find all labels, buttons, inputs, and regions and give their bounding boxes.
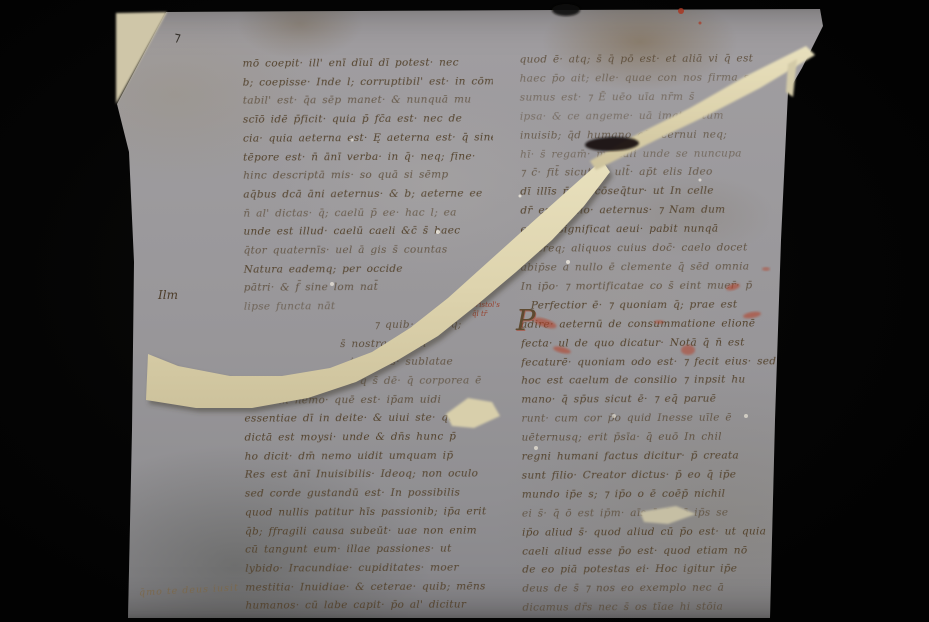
text-line: hoc est caelum de consilio ⁊ inpsit hu — [521, 371, 777, 391]
text-line: hī· s̄ regam̄· mortali unde se nuncupa — [520, 144, 776, 164]
text-line: adire· aeternū de consummatione elionē — [521, 314, 777, 334]
text-line: dr̄ esse filio· aeternus· ⁊ Nam dum — [520, 201, 776, 221]
text-line: b; coepisse· Inde l; corruptibil' est· i… — [243, 72, 493, 92]
text-line: pātri· & f̄ sine lom nat̄ — [244, 278, 494, 298]
text-line: ⁊ quib; stōri q̄; — [244, 315, 494, 335]
text-line: i bere s̄· sublatae — [244, 353, 494, 373]
text-line: sunt filio· Creator dictus· p̄ eo q̄ ip̄… — [522, 465, 778, 485]
text-line: humanos· cū labe capit· p̄o al' dicitur — [245, 596, 495, 616]
text-line: scīō idē p̄ficit· quia p̄ fc̄a est· nec … — [243, 109, 493, 129]
text-line: essentiae dī in deite· & uiui ste· que u… — [244, 409, 494, 429]
text-line: inutreq; aliquos cuius doc̄· caelo docet — [521, 238, 777, 258]
text-line: de eo piā potestas ei· Hoc igitur ip̄e — [522, 560, 778, 580]
text-line: mano· q̄ sp̄us sicut ē· ⁊ eq̄ paruē — [521, 390, 777, 410]
text-line: haec p̄o ait; elle· quae con nos firma s… — [520, 68, 776, 88]
text-line: dictā est moysi· unde & dn̄s hunc p̄ — [244, 427, 494, 447]
decorated-initial-p: P — [516, 303, 536, 337]
text-line: mestitia· Inuidiae· & ceterae· quib; mēn… — [245, 577, 495, 597]
text-line: fecta· ul de quo dicatur· Notā q̄ n̄ est — [521, 333, 777, 353]
text-line: ei s̄· q̄ ō est ip̄m· aīs ā q̄ rō ip̄s s… — [522, 503, 778, 523]
text-line: scām nemo· quē est· ip̄am uidi — [244, 390, 494, 410]
text-line: s̄ nostrae clum — [244, 334, 494, 354]
text-column-right: quod ē· atq; s̄ q̄ pō est· et aliā vi q̄… — [520, 49, 779, 618]
text-line: mundo ip̄e s; ⁊ ip̄o o ē coēp̄ nichil — [522, 484, 778, 504]
text-line: tabil' est· q̄a sēp manet· & nunquā mu — [243, 91, 493, 111]
text-line: cū tangunt eum· illae passiones· ut — [245, 540, 495, 560]
text-line: mō coepit· ill' enī dīuī dī potest· nec — [243, 53, 493, 73]
text-line: eis̄· q̄ significat aeui· pabit nunqā — [520, 219, 776, 239]
text-line: regni humani factus dicitur· p̄ creata — [522, 446, 778, 466]
text-line: sumus est· ⁊ Ē uēo uīa nr̄m s̄ — [520, 87, 776, 107]
text-line: inuisib; q̄d humano ar̄e cernui neq; — [520, 125, 776, 145]
text-line: caeli aliud esse p̄o est· quod etiam nō — [522, 541, 778, 561]
manuscript-photo: mō coepit· ill' enī dīuī dī potest· necb… — [0, 0, 929, 622]
text-line: aq̄bus dcā āni aeternus· & b; aeterne ee — [243, 184, 493, 204]
text-line: sed corde gustandū est· In possibilis — [245, 484, 495, 504]
text-line: cia· quia aeterna est· Ę aeterna est· q̄… — [243, 128, 493, 148]
text-line: q̄tor quaternīs· uel ā gis s̄ countas — [244, 240, 494, 260]
text-line: quod nullis patitur hīs passionib; ip̄a … — [245, 502, 495, 522]
text-line: ui cēsusē q̄ s̄ dē· q̄ corporea ē — [244, 371, 494, 391]
text-line: Perfectior ē· ⁊ quoniam q̄; prae est — [521, 295, 777, 315]
text-line: Res est ānī Inuisibilis· Ideoq; non ocul… — [245, 465, 495, 485]
text-line: ip̄o aliud s̄· quod aliud cū p̄o est· ut… — [522, 522, 778, 542]
text-line: q̄b; ffragili causa subeūt· uae non enim — [245, 521, 495, 541]
text-line: abip̄se a nullo ē clemente q̄ sēd omnia — [521, 257, 777, 277]
gloss-line: q̄l tr̄ — [472, 310, 500, 319]
text-line: hinc descriptā mis· so quā si sēmp — [243, 166, 493, 186]
text-line: uēternusq; erit p̄sīa· q̄ euō In chil — [521, 427, 777, 447]
text-line: ho dicit· dm̄ nemo uidit umquam ip̄ — [245, 446, 495, 466]
text-line: ipsa· & ce angeme· uā imatae tum — [520, 106, 776, 126]
text-line: deus de s̄ ⁊ nos eo exemplo nec ā — [522, 579, 778, 599]
text-line: dī illīs p̄siā· cōseq̄tur· ut In celle — [520, 182, 776, 202]
text-line: In ip̄o· ⁊ mortificatae co s̄ eint muer̄… — [521, 276, 777, 296]
text-line: tēpore est· n̄ ānī verba· in q̄· neq; fi… — [243, 147, 493, 167]
text-column-left: mō coepit· ill' enī dīuī dī potest· necb… — [243, 53, 496, 615]
text-line: quod ē· atq; s̄ q̄ pō est· et aliā vi q̄… — [520, 49, 776, 69]
text-line: lybido· Iracundiae· cupiditates· moer — [245, 558, 495, 578]
text-line: runt· cum cor p̄o quid Inesse uīle ē — [521, 409, 777, 429]
text-line: n̄ al' dictas· q̄; caelū p̄ ee· hac l; e… — [243, 203, 493, 223]
text-line: fecaturē· quoniam odo est· ⁊ fecit eius·… — [521, 352, 777, 372]
gloss-line: cristol's — [472, 301, 500, 310]
text-line: Natura eademq; per occide — [244, 259, 494, 279]
text-line: unde est illud· caelū caeli &c̄ s̄ haec — [243, 222, 493, 242]
interlinear-gloss: cristol's q̄l tr̄ — [472, 301, 500, 318]
text-line: dicamus dr̄s nec s̄ os tīae hi stōia — [522, 598, 778, 618]
text-line: ⁊ c̄· fit̄ sicut In ult̄· ap̄t elis Ideo — [520, 163, 776, 183]
text-line: lipse functa nāt — [244, 296, 494, 316]
margin-note-left: Ilm — [158, 288, 178, 302]
